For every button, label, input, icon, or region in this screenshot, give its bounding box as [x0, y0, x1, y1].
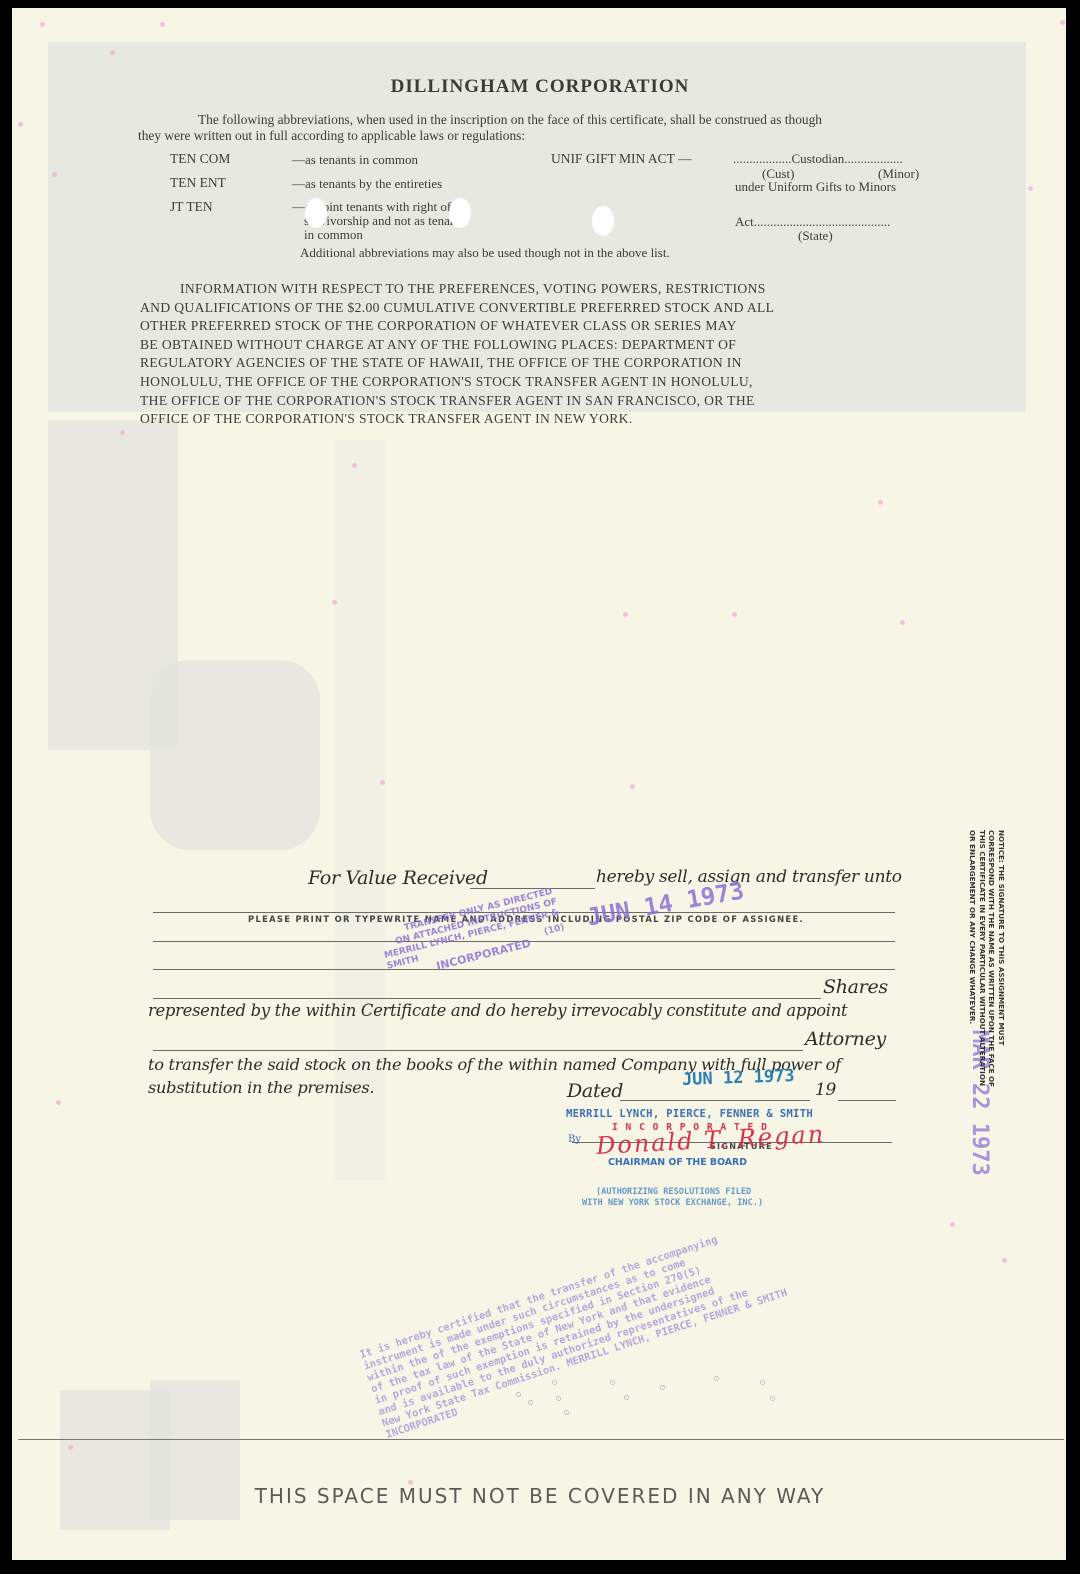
bleed-through-vignette	[150, 660, 320, 850]
paper-fiber	[52, 172, 57, 177]
paper-fiber	[68, 1445, 73, 1450]
dated-stamp-jun-12: JUN 12 1973	[682, 1066, 795, 1090]
cancellation-perforation	[760, 1380, 765, 1385]
paper-fiber	[1028, 186, 1033, 191]
info-line: OFFICE OF THE CORPORATION'S STOCK TRANSF…	[140, 410, 948, 429]
cancellation-perforation	[624, 1395, 629, 1400]
paper-fiber	[623, 612, 628, 617]
for-value-received: For Value Received	[308, 867, 488, 889]
abbr-code-jt-ten: JT TEN	[170, 199, 213, 215]
abbr-meaning-ten-com: —as tenants in common	[292, 152, 418, 168]
represented-text: represented by the within Certificate an…	[148, 1001, 847, 1020]
cancellation-perforation	[556, 1396, 561, 1401]
info-line: INFORMATION WITH RESPECT TO THE PREFEREN…	[140, 280, 948, 299]
paper-fiber	[408, 1480, 413, 1485]
consideration-line[interactable]	[470, 888, 595, 889]
company-title: DILLINGHAM CORPORATION	[0, 76, 1080, 98]
abbr-code-ten-ent: TEN ENT	[170, 175, 226, 191]
cancellation-perforation	[610, 1380, 615, 1385]
paper-fiber	[1002, 1258, 1007, 1263]
cancellation-perforation	[660, 1385, 665, 1390]
paper-fiber	[630, 784, 635, 789]
paper-fiber	[18, 122, 23, 127]
paper-fiber	[110, 50, 115, 55]
cancellation-perforation	[714, 1376, 719, 1381]
paper-fiber	[878, 500, 883, 505]
substitution-text: substitution in the premises.	[148, 1078, 374, 1097]
info-line: OTHER PREFERRED STOCK OF THE CORPORATION…	[140, 317, 948, 336]
date-line[interactable]	[620, 1100, 810, 1101]
ugma-under-label: under Uniform Gifts to Minors	[735, 179, 896, 195]
assignee-line-3[interactable]	[153, 969, 895, 970]
paper-fiber	[732, 612, 737, 617]
stamp-line: (AUTHORIZING RESOLUTIONS FILED	[582, 1187, 763, 1198]
cancellation-perforation	[770, 1396, 775, 1401]
info-line: HONOLULU, THE OFFICE OF THE CORPORATION'…	[140, 373, 948, 392]
intro-line-1: The following abbreviations, when used i…	[138, 112, 968, 128]
cancellation-perforation	[516, 1392, 521, 1397]
cancellation-perforation	[552, 1380, 557, 1385]
ugma-label: UNIF GIFT MIN ACT —	[551, 151, 692, 167]
punch-hole	[449, 198, 471, 228]
stamp-line: WITH NEW YORK STOCK EXCHANGE, INC.)	[582, 1198, 763, 1209]
paper-fiber	[332, 600, 337, 605]
cancellation-perforation	[564, 1410, 569, 1415]
paper-fiber	[120, 430, 125, 435]
signature-notice: NOTICE: THE SIGNATURE TO THIS ASSIGNMENT…	[968, 830, 1006, 1100]
abbr-meaning-ten-ent: —as tenants by the entireties	[292, 176, 442, 192]
dated-label: Dated	[567, 1080, 623, 1102]
intro-line-2: they were written out in full according …	[138, 128, 968, 144]
info-line: AND QUALIFICATIONS OF THE $2.00 CUMULATI…	[140, 299, 948, 318]
hereby-transfer-text: hereby sell, assign and transfer unto	[596, 867, 902, 887]
paper-fiber	[40, 22, 45, 27]
additional-abbreviations-note: Additional abbreviations may also be use…	[300, 245, 670, 261]
bottom-divider	[18, 1439, 1064, 1440]
paper-fiber	[380, 780, 385, 785]
ugma-state-label: (State)	[798, 228, 833, 244]
punch-hole	[305, 198, 327, 228]
do-not-cover-notice: THIS SPACE MUST NOT BE COVERED IN ANY WA…	[0, 1484, 1080, 1508]
authorizing-resolutions-stamp: (AUTHORIZING RESOLUTIONS FILED WITH NEW …	[582, 1187, 763, 1209]
attorney-line[interactable]	[153, 1050, 803, 1051]
punch-hole	[592, 206, 614, 236]
ugma-custodian-line: ..................Custodian.............…	[733, 151, 903, 167]
preferred-stock-information: INFORMATION WITH RESPECT TO THE PREFEREN…	[140, 280, 948, 429]
paper-fiber	[900, 620, 905, 625]
cancellation-perforation	[528, 1400, 533, 1405]
paper-fiber	[160, 22, 165, 27]
year-prefix: 19	[815, 1080, 836, 1100]
abbr-code-ten-com: TEN COM	[170, 151, 230, 167]
by-label: By	[568, 1134, 581, 1145]
firm-stamp: MERRILL LYNCH, PIERCE, FENNER & SMITH	[566, 1108, 813, 1120]
paper-fiber	[56, 1100, 61, 1105]
shares-label: Shares	[823, 976, 888, 998]
jt-ten-line-3: in common	[292, 228, 465, 242]
paper-fiber	[1060, 20, 1065, 25]
paper-fiber	[352, 463, 357, 468]
info-line: THE OFFICE OF THE CORPORATION'S STOCK TR…	[140, 392, 948, 411]
info-line: BE OBTAINED WITHOUT CHARGE AT ANY OF THE…	[140, 336, 948, 355]
attorney-label: Attorney	[805, 1028, 886, 1050]
abbreviations-intro: The following abbreviations, when used i…	[138, 112, 968, 144]
shares-line[interactable]	[153, 998, 821, 999]
info-line: REGULATORY AGENCIES OF THE STATE OF HAWA…	[140, 354, 948, 373]
chairman-title: CHAIRMAN OF THE BOARD	[608, 1157, 747, 1168]
year-line[interactable]	[838, 1100, 896, 1101]
paper-fiber	[950, 1222, 955, 1227]
